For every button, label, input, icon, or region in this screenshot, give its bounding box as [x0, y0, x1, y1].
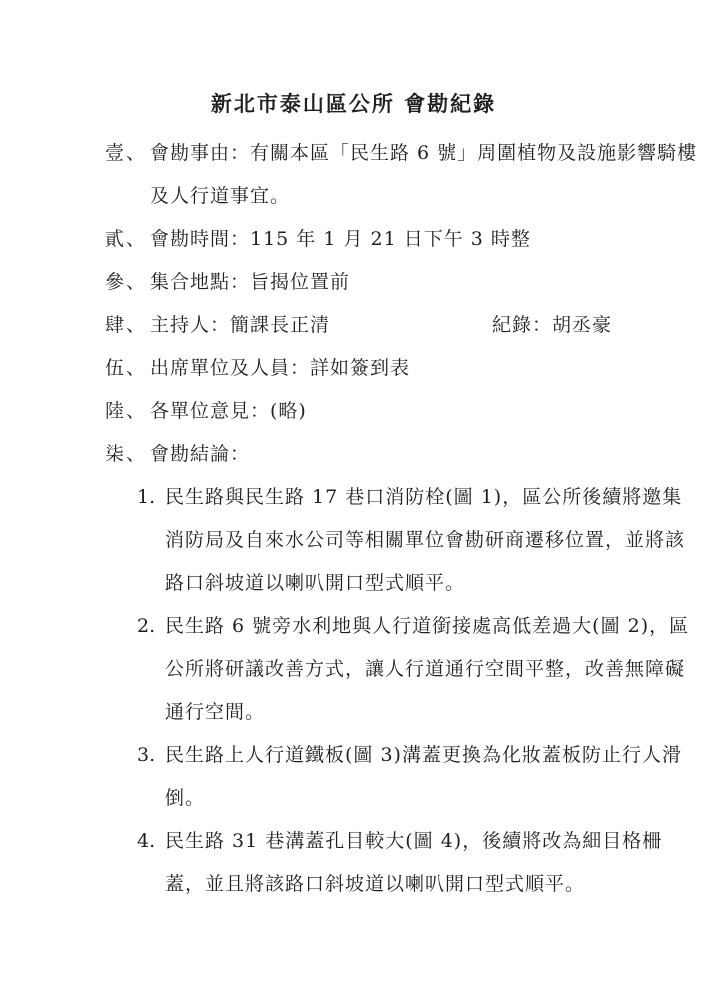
section-content: 主持人：簡課長正清 紀錄：胡丞豪: [150, 304, 612, 347]
section-chairperson: 肆、 主持人：簡課長正清 紀錄：胡丞豪: [0, 304, 707, 347]
item-number: 4.: [137, 820, 165, 863]
conclusion-item-2: 2. 民生路 6 號旁水利地與人行道銜接處高低差過大(圖 2)，區 公所將研議改…: [0, 605, 707, 734]
section-conclusions-heading: 柒、 會勘結論：: [0, 433, 707, 476]
text-line: 出席單位及人員：詳如簽到表: [150, 347, 612, 390]
text-line: 及人行道事宜。: [150, 175, 612, 218]
text-line: 倒。: [165, 777, 627, 820]
text-line: 消防局及自來水公司等相關單位會勘研商遷移位置，並將該: [165, 519, 627, 562]
text-line: 民生路 31 巷溝蓋孔目較大(圖 4)，後續將改為細目格柵: [165, 820, 627, 863]
text-line: 民生路 6 號旁水利地與人行道銜接處高低差過大(圖 2)，區: [165, 605, 627, 648]
section-label: 壹、: [105, 132, 150, 175]
item-number: 2.: [137, 605, 165, 648]
text-line: 通行空間。: [165, 691, 627, 734]
section-content: 出席單位及人員：詳如簽到表: [150, 347, 612, 390]
text-line: 會勘時間：115 年 1 月 21 日下午 3 時整: [150, 218, 612, 261]
section-content: 會勘事由：有關本區「民生路 6 號」周圍植物及設施影響騎樓 及人行道事宜。: [150, 132, 612, 218]
item-number: 3.: [137, 734, 165, 777]
recorder-text: 紀錄：胡丞豪: [492, 304, 612, 347]
meeting-record-page: 新北市泰山區公所 會勘紀錄 壹、 會勘事由：有關本區「民生路 6 號」周圍植物及…: [0, 0, 707, 1000]
section-content: 集合地點：旨揭位置前: [150, 261, 612, 304]
item-content: 民生路上人行道鐵板(圖 3)溝蓋更換為化妝蓋板防止行人滑 倒。: [165, 734, 627, 820]
item-content: 民生路 31 巷溝蓋孔目較大(圖 4)，後續將改為細目格柵 蓋，並且將該路口斜坡…: [165, 820, 627, 906]
section-attendees: 伍、 出席單位及人員：詳如簽到表: [0, 347, 707, 390]
section-label: 伍、: [105, 347, 150, 390]
conclusion-item-4: 4. 民生路 31 巷溝蓋孔目較大(圖 4)，後續將改為細目格柵 蓋，並且將該路…: [0, 820, 707, 906]
section-meeting-place: 參、 集合地點：旨揭位置前: [0, 261, 707, 304]
section-meeting-time: 貳、 會勘時間：115 年 1 月 21 日下午 3 時整: [0, 218, 707, 261]
conclusion-item-1: 1. 民生路與民生路 17 巷口消防栓(圖 1)，區公所後續將邀集 消防局及自來…: [0, 476, 707, 605]
item-content: 民生路與民生路 17 巷口消防栓(圖 1)，區公所後續將邀集 消防局及自來水公司…: [165, 476, 627, 605]
text-line: 會勘結論：: [150, 433, 612, 476]
chairperson-text: 主持人：簡課長正清: [150, 304, 330, 347]
section-label: 貳、: [105, 218, 150, 261]
item-content: 民生路 6 號旁水利地與人行道銜接處高低差過大(圖 2)，區 公所將研議改善方式…: [165, 605, 627, 734]
document-body: 壹、 會勘事由：有關本區「民生路 6 號」周圍植物及設施影響騎樓 及人行道事宜。…: [0, 132, 707, 906]
text-line: 公所將研議改善方式，讓人行道通行空間平整，改善無障礙: [165, 648, 627, 691]
item-number: 1.: [137, 476, 165, 519]
section-content: 會勘結論：: [150, 433, 612, 476]
text-line: 各單位意見：(略): [150, 390, 612, 433]
text-line: 民生路與民生路 17 巷口消防栓(圖 1)，區公所後續將邀集: [165, 476, 627, 519]
section-label: 參、: [105, 261, 150, 304]
text-line: 會勘事由：有關本區「民生路 6 號」周圍植物及設施影響騎樓: [150, 132, 612, 175]
section-content: 會勘時間：115 年 1 月 21 日下午 3 時整: [150, 218, 612, 261]
conclusion-item-3: 3. 民生路上人行道鐵板(圖 3)溝蓋更換為化妝蓋板防止行人滑 倒。: [0, 734, 707, 820]
section-unit-opinions: 陸、 各單位意見：(略): [0, 390, 707, 433]
section-label: 陸、: [105, 390, 150, 433]
section-label: 柒、: [105, 433, 150, 476]
text-line: 集合地點：旨揭位置前: [150, 261, 612, 304]
section-label: 肆、: [105, 304, 150, 347]
text-line: 蓋，並且將該路口斜坡道以喇叭開口型式順平。: [165, 863, 627, 906]
section-content: 各單位意見：(略): [150, 390, 612, 433]
page-title: 新北市泰山區公所 會勘紀錄: [0, 0, 707, 118]
section-meeting-subject: 壹、 會勘事由：有關本區「民生路 6 號」周圍植物及設施影響騎樓 及人行道事宜。: [0, 132, 707, 218]
text-line: 民生路上人行道鐵板(圖 3)溝蓋更換為化妝蓋板防止行人滑: [165, 734, 627, 777]
text-line: 路口斜坡道以喇叭開口型式順平。: [165, 562, 627, 605]
